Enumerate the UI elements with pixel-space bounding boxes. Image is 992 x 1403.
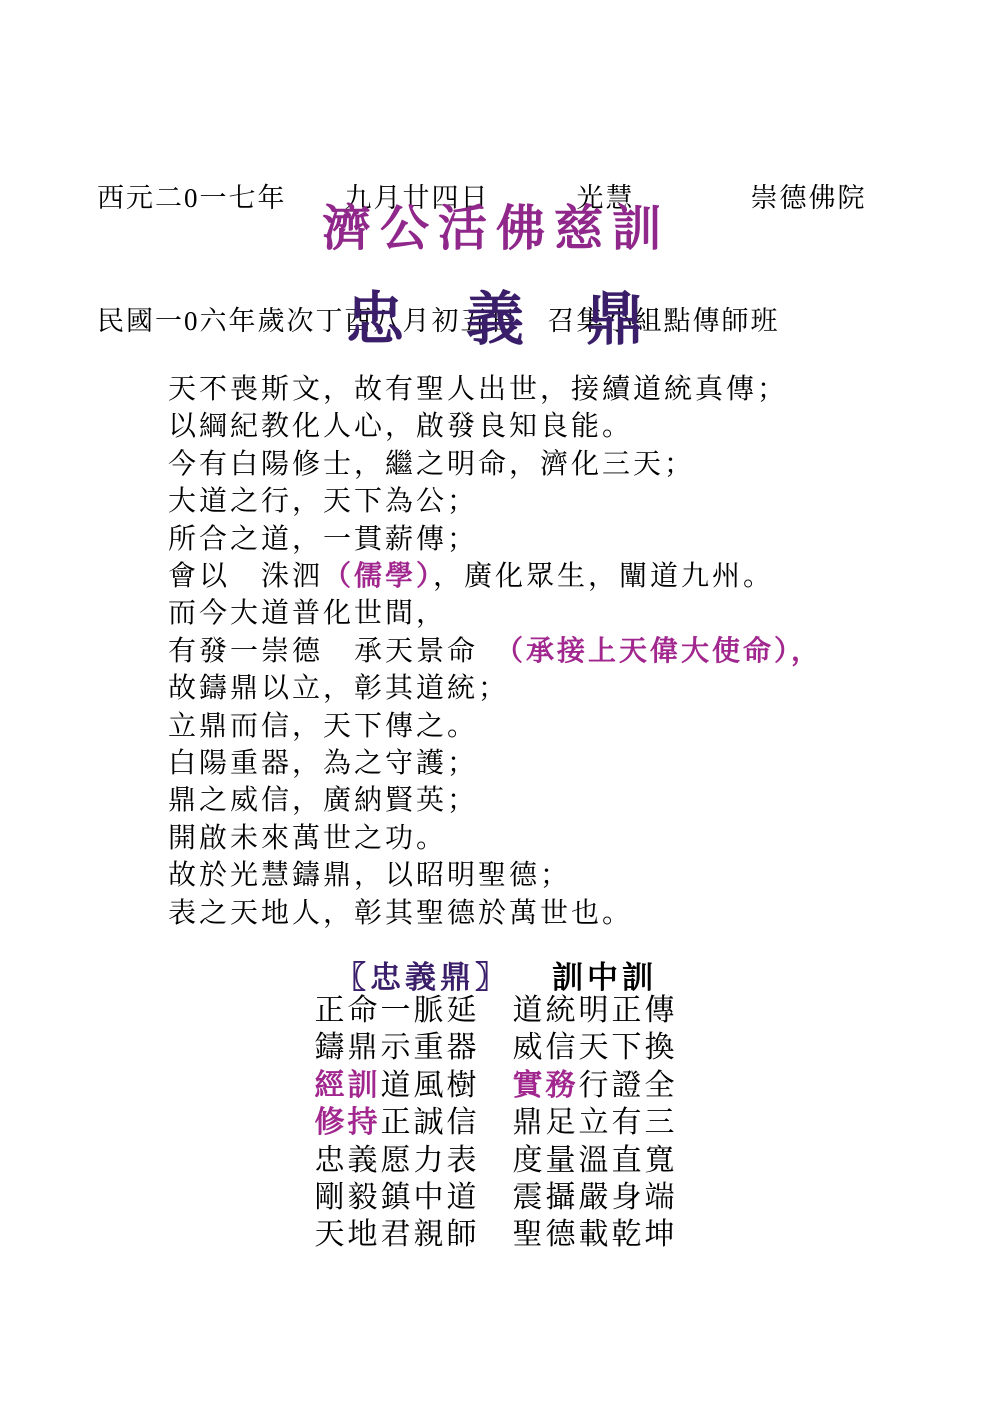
text-segment: 白陽重器，為之守護； — [168, 748, 478, 779]
main-title: 忠 義 鼎 — [0, 272, 992, 356]
text-segment: 故鑄鼎以立，彰其道統； — [168, 673, 509, 704]
body-line: 故於光慧鑄鼎，以昭明聖德； — [168, 857, 822, 894]
text-segment: 剛毅鎮中道 震攝嚴身端 — [315, 1181, 678, 1214]
body-line: 表之天地人，彰其聖德於萬世也。 — [168, 895, 822, 932]
text-segment: 而今大道普化世間， — [168, 598, 447, 629]
body-line: 今有白陽修士，繼之明命，濟化三天； — [168, 446, 822, 483]
couplet-line: 鑄鼎示重器 威信天下換 — [0, 1029, 992, 1066]
text-segment: 天不喪斯文，故有聖人出世，接續道統真傳； — [168, 374, 788, 405]
page-title: 濟公活佛慈訓 — [0, 190, 992, 260]
text-segment: 立鼎而信，天下傳之。 — [168, 711, 478, 742]
text-segment: （儒學） — [323, 561, 433, 592]
couplet-line: 修持正誠信 鼎足立有三 — [0, 1104, 992, 1141]
text-segment: 所合之道，一貫薪傳； — [168, 524, 478, 555]
couplet-line: 忠義愿力表 度量溫直寬 — [0, 1142, 992, 1179]
document-page: 西元二0一七年 九月廿四日 光慧 崇德佛院 民國一0六年歲次丁酉八月初五日 召集… — [0, 0, 992, 1403]
subtitle-label: 訓中訓 — [552, 952, 657, 997]
text-segment: 天地君親師 聖德載乾坤 — [315, 1218, 678, 1251]
body-line: 天不喪斯文，故有聖人出世，接續道統真傳； — [168, 371, 822, 408]
text-segment: 正命一脈延 道統明正傳 — [315, 994, 678, 1027]
subtitle-row: 〖忠義鼎〗 訓中訓 — [0, 952, 992, 997]
text-segment: 正誠信 鼎足立有三 — [381, 1106, 678, 1139]
body-line: 白陽重器，為之守護； — [168, 745, 822, 782]
text-segment: 表之天地人，彰其聖德於萬世也。 — [168, 898, 633, 929]
body-line: 故鑄鼎以立，彰其道統； — [168, 670, 822, 707]
body-line: 立鼎而信，天下傳之。 — [168, 708, 822, 745]
text-segment: 今有白陽修士，繼之明命，濟化三天； — [168, 449, 695, 480]
text-segment: 實務 — [513, 1069, 579, 1102]
body-line: 而今大道普化世間， — [168, 595, 822, 632]
body-line: 會以 洙泗（儒學），廣化眾生，闡道九州。 — [168, 558, 822, 595]
body-line: 大道之行，天下為公； — [168, 483, 822, 520]
text-segment: 有發一崇德 承天景命 — [168, 636, 509, 667]
text-segment: ，廣化眾生，闡道九州。 — [433, 561, 774, 592]
text-segment: （承接上天偉大使命）， — [509, 636, 822, 667]
text-segment: 開啟未來萬世之功。 — [168, 823, 447, 854]
body-line: 鼎之威信，廣納賢英； — [168, 782, 822, 819]
text-segment: 經訓 — [315, 1069, 381, 1102]
text-segment: 行證全 — [579, 1069, 678, 1102]
subtitle-bracketed-title: 〖忠義鼎〗 — [335, 952, 510, 997]
body-line: 所合之道，一貫薪傳； — [168, 521, 822, 558]
body-line: 有發一崇德 承天景命 （承接上天偉大使命）， — [168, 633, 822, 670]
body-line: 以綱紀教化人心，啟發良知良能。 — [168, 408, 822, 445]
text-segment: 以綱紀教化人心，啟發良知良能。 — [168, 411, 633, 442]
couplet-line: 經訓道風樹 實務行證全 — [0, 1067, 992, 1104]
text-segment: 大道之行，天下為公； — [168, 486, 478, 517]
text-segment: 會以 洙泗 — [168, 561, 323, 592]
couplet-verses: 正命一脈延 道統明正傳鑄鼎示重器 威信天下換經訓道風樹 實務行證全修持正誠信 鼎… — [0, 992, 992, 1254]
text-segment: 鑄鼎示重器 威信天下換 — [315, 1031, 678, 1064]
couplet-line: 剛毅鎮中道 震攝嚴身端 — [0, 1179, 992, 1216]
text-segment: 故於光慧鑄鼎，以昭明聖德； — [168, 860, 571, 891]
couplet-line: 天地君親師 聖德載乾坤 — [0, 1216, 992, 1253]
body-line: 開啟未來萬世之功。 — [168, 820, 822, 857]
couplet-line: 正命一脈延 道統明正傳 — [0, 992, 992, 1029]
text-segment: 道風樹 — [381, 1069, 513, 1102]
text-segment: 修持 — [315, 1106, 381, 1139]
body-text: 天不喪斯文，故有聖人出世，接續道統真傳；以綱紀教化人心，啟發良知良能。今有白陽修… — [168, 371, 822, 932]
text-segment: 忠義愿力表 度量溫直寬 — [315, 1144, 678, 1177]
text-segment: 鼎之威信，廣納賢英； — [168, 785, 478, 816]
